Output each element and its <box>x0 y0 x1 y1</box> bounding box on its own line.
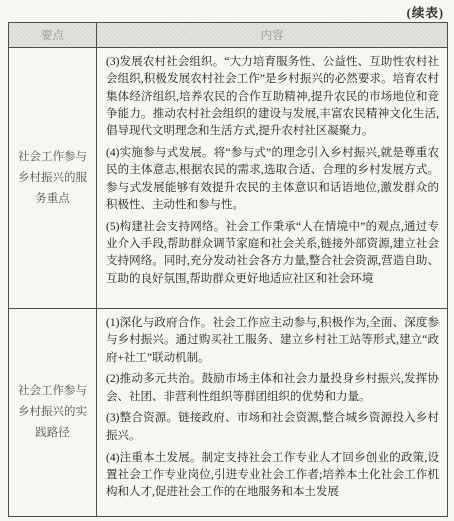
paragraph-item-1: (1)深化与政府合作。社会工作应主动参与,积极作为,全面、深度参与乡村振兴。通过… <box>106 315 439 367</box>
paragraph-item-3: (3)发展农村社会组织。“大力培育服务性、公益性、互助性农村社会组织,积极发展农… <box>106 54 439 140</box>
header-cell-content: 内容 <box>97 23 448 48</box>
table-header-row: 要点 内容 <box>9 23 448 48</box>
table-row-practice-path: 社会工作参与乡村振兴的实践路径 (1)深化与政府合作。社会工作应主动参与,积极作… <box>9 309 448 517</box>
paragraph-item-4: (4)实施参与式发展。将“参与式”的理念引入乡村振兴,就是尊重农民的主体意志,根… <box>106 145 439 214</box>
row-label-practice-path: 社会工作参与乡村振兴的实践路径 <box>9 309 97 517</box>
row-content-practice-path: (1)深化与政府合作。社会工作应主动参与,积极作为,全面、深度参与乡村振兴。通过… <box>97 309 448 517</box>
document-page: (续表) 要点 内容 社会工作参与乡村振兴的服务重点 (3)发展农村社会组织。“… <box>0 0 454 521</box>
paragraph-item-3: (3)整合资源。链接政府、市场和社会资源,整合城乡资源投入乡村振兴。 <box>106 410 439 445</box>
row-label-service-focus: 社会工作参与乡村振兴的服务重点 <box>9 48 97 309</box>
paragraph-item-2: (2)推动多元共治。鼓励市场主体和社会力量投身乡村振兴,发挥协会、社团、非营利性… <box>106 371 439 406</box>
paragraph-item-4: (4)注重本土发展。制定支持社会工作专业人才回乡创业的政策,设置社会工作专业岗位… <box>106 450 439 502</box>
content-table: 要点 内容 社会工作参与乡村振兴的服务重点 (3)发展农村社会组织。“大力培育服… <box>8 22 448 517</box>
continued-table-label: (续表) <box>407 3 444 21</box>
header-cell-keypoints: 要点 <box>9 23 97 48</box>
table-row-service-focus: 社会工作参与乡村振兴的服务重点 (3)发展农村社会组织。“大力培育服务性、公益性… <box>9 48 448 309</box>
paragraph-item-5: (5)构建社会支持网络。社会工作秉承“人在情境中”的观点,通过专业介入手段,帮助… <box>106 219 439 288</box>
row-content-service-focus: (3)发展农村社会组织。“大力培育服务性、公益性、互助性农村社会组织,积极发展农… <box>97 48 448 309</box>
